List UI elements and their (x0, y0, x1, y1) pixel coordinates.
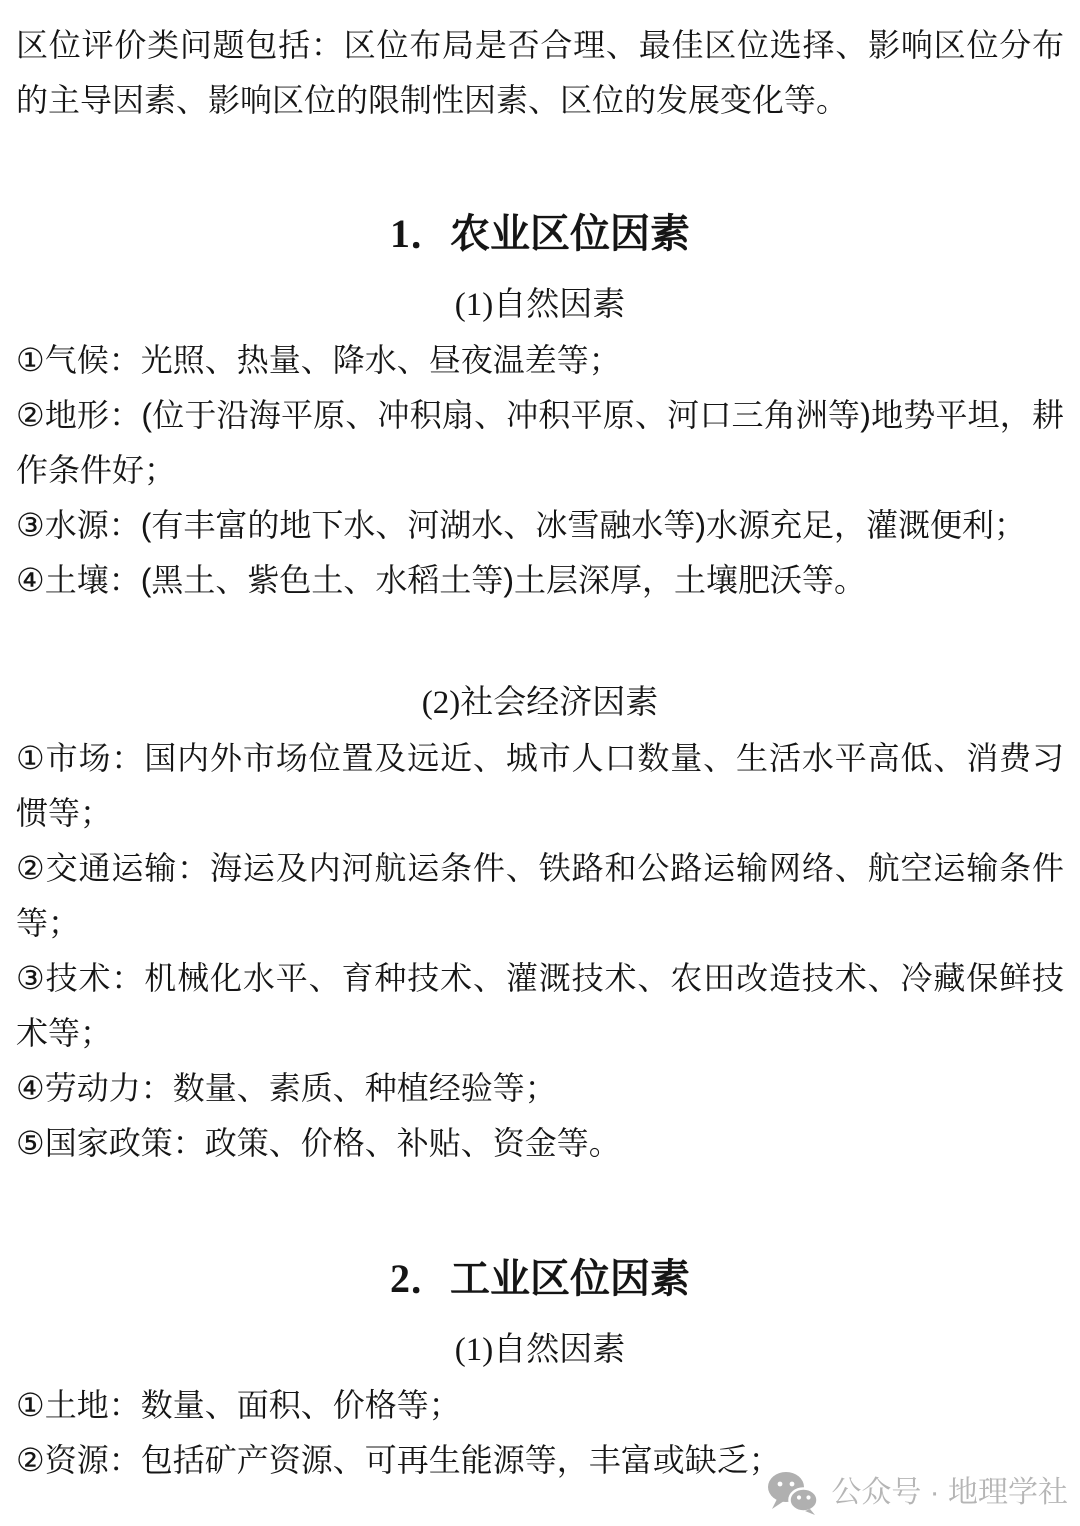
section-1-subheading-natural: (1)自然因素 (16, 276, 1064, 333)
list-item: ③技术：机械化水平、育种技术、灌溉技术、农田改造技术、冷藏保鲜技术等； (16, 951, 1064, 1061)
list-item: ⑤国家政策：政策、价格、补贴、资金等。 (16, 1116, 1064, 1171)
socioeconomic-factors-list: ①市场：国内外市场位置及远近、城市人口数量、生活水平高低、消费习惯等； ②交通运… (16, 731, 1064, 1171)
section-2-number: 2． (390, 1256, 450, 1301)
wechat-icon (767, 1470, 819, 1516)
subheading-title: 自然因素 (493, 1330, 625, 1367)
intro-paragraph: 区位评价类问题包括：区位布局是否合理、最佳区位选择、影响区位分布的主导因素、影响… (16, 18, 1064, 128)
section-1-heading: 1．农业区位因素 (16, 204, 1064, 264)
list-item: ①市场：国内外市场位置及远近、城市人口数量、生活水平高低、消费习惯等； (16, 731, 1064, 841)
subheading-number: (2) (422, 685, 460, 721)
subheading-number: (1) (455, 287, 493, 323)
subheading-number: (1) (455, 1332, 493, 1368)
section-1-title: 农业区位因素 (450, 212, 690, 256)
section-2-subheading-natural: (1)自然因素 (16, 1321, 1064, 1378)
list-item: ④劳动力：数量、素质、种植经验等； (16, 1061, 1064, 1116)
subheading-title: 社会经济因素 (460, 683, 658, 720)
subheading-title: 自然因素 (493, 285, 625, 322)
list-item: ③水源：(有丰富的地下水、河湖水、冰雪融水等)水源充足，灌溉便利； (16, 498, 1064, 553)
list-item: ④土壤：(黑土、紫色土、水稻土等)土层深厚，土壤肥沃等。 (16, 553, 1064, 608)
document-page: 区位评价类问题包括：区位布局是否合理、最佳区位选择、影响区位分布的主导因素、影响… (0, 0, 1080, 1526)
section-1-subheading-socioeconomic: (2)社会经济因素 (16, 674, 1064, 731)
natural-factors-list: ①气候：光照、热量、降水、昼夜温差等； ②地形：(位于沿海平原、冲积扇、冲积平原… (16, 333, 1064, 608)
watermark: 公众号 · 地理学社 (767, 1470, 1068, 1516)
document-body: 区位评价类问题包括：区位布局是否合理、最佳区位选择、影响区位分布的主导因素、影响… (0, 0, 1080, 1488)
list-item: ①气候：光照、热量、降水、昼夜温差等； (16, 333, 1064, 388)
section-2-title: 工业区位因素 (450, 1257, 690, 1301)
list-item: ①土地：数量、面积、价格等； (16, 1378, 1064, 1433)
watermark-text: 公众号 · 地理学社 (831, 1470, 1068, 1516)
list-item: ②交通运输：海运及内河航运条件、铁路和公路运输网络、航空运输条件等； (16, 841, 1064, 951)
list-item: ②地形：(位于沿海平原、冲积扇、冲积平原、河口三角洲等)地势平坦，耕作条件好； (16, 388, 1064, 498)
section-2-heading: 2．工业区位因素 (16, 1249, 1064, 1309)
section-1-number: 1． (390, 211, 450, 256)
